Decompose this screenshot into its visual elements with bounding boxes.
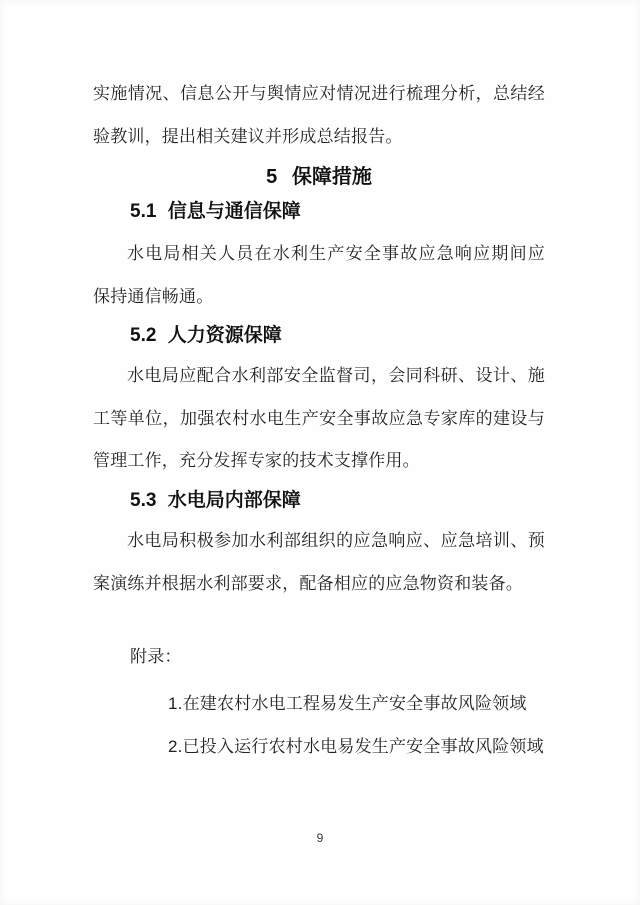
paragraph-line: 实施情况、信息公开与舆情应对情况进行梳理分析，总结经 — [93, 72, 545, 115]
paragraph-line: 管理工作，充分发挥专家的技术支撑作用。 — [93, 439, 545, 482]
paragraph-line: 工等单位，加强农村水电生产安全事故应急专家库的建设与 — [93, 397, 545, 440]
paragraph-line: 水电局积极参加水利部组织的应急响应、应急培训、预 — [93, 519, 545, 562]
page-number: 9 — [0, 831, 640, 845]
paragraph-line: 验教训，提出相关建议并形成总结报告。 — [93, 115, 545, 158]
document-page: 实施情况、信息公开与舆情应对情况进行梳理分析，总结经 验教训，提出相关建议并形成… — [0, 0, 640, 905]
paragraph-line: 案演练并根据水利部要求，配备相应的应急物资和装备。 — [93, 562, 545, 605]
appendix-item: 2.已投入运行农村水电易发生产安全事故风险领域 — [93, 725, 545, 768]
appendix-item: 1.在建农村水电工程易发生产安全事故风险领域 — [93, 682, 545, 725]
section-heading: 5.2 人力资源保障 — [93, 314, 545, 357]
page-content: 实施情况、信息公开与舆情应对情况进行梳理分析，总结经 验教训，提出相关建议并形成… — [0, 0, 640, 768]
paragraph-line: 水电局相关人员在水利生产安全事故应急响应期间应 — [93, 232, 545, 275]
appendix-label: 附录： — [93, 635, 545, 678]
paragraph-line: 保持通信畅通。 — [93, 275, 545, 318]
section-heading: 5.3 水电局内部保障 — [93, 479, 545, 522]
paragraph-line: 水电局应配合水利部安全监督司，会同科研、设计、施 — [93, 354, 545, 397]
